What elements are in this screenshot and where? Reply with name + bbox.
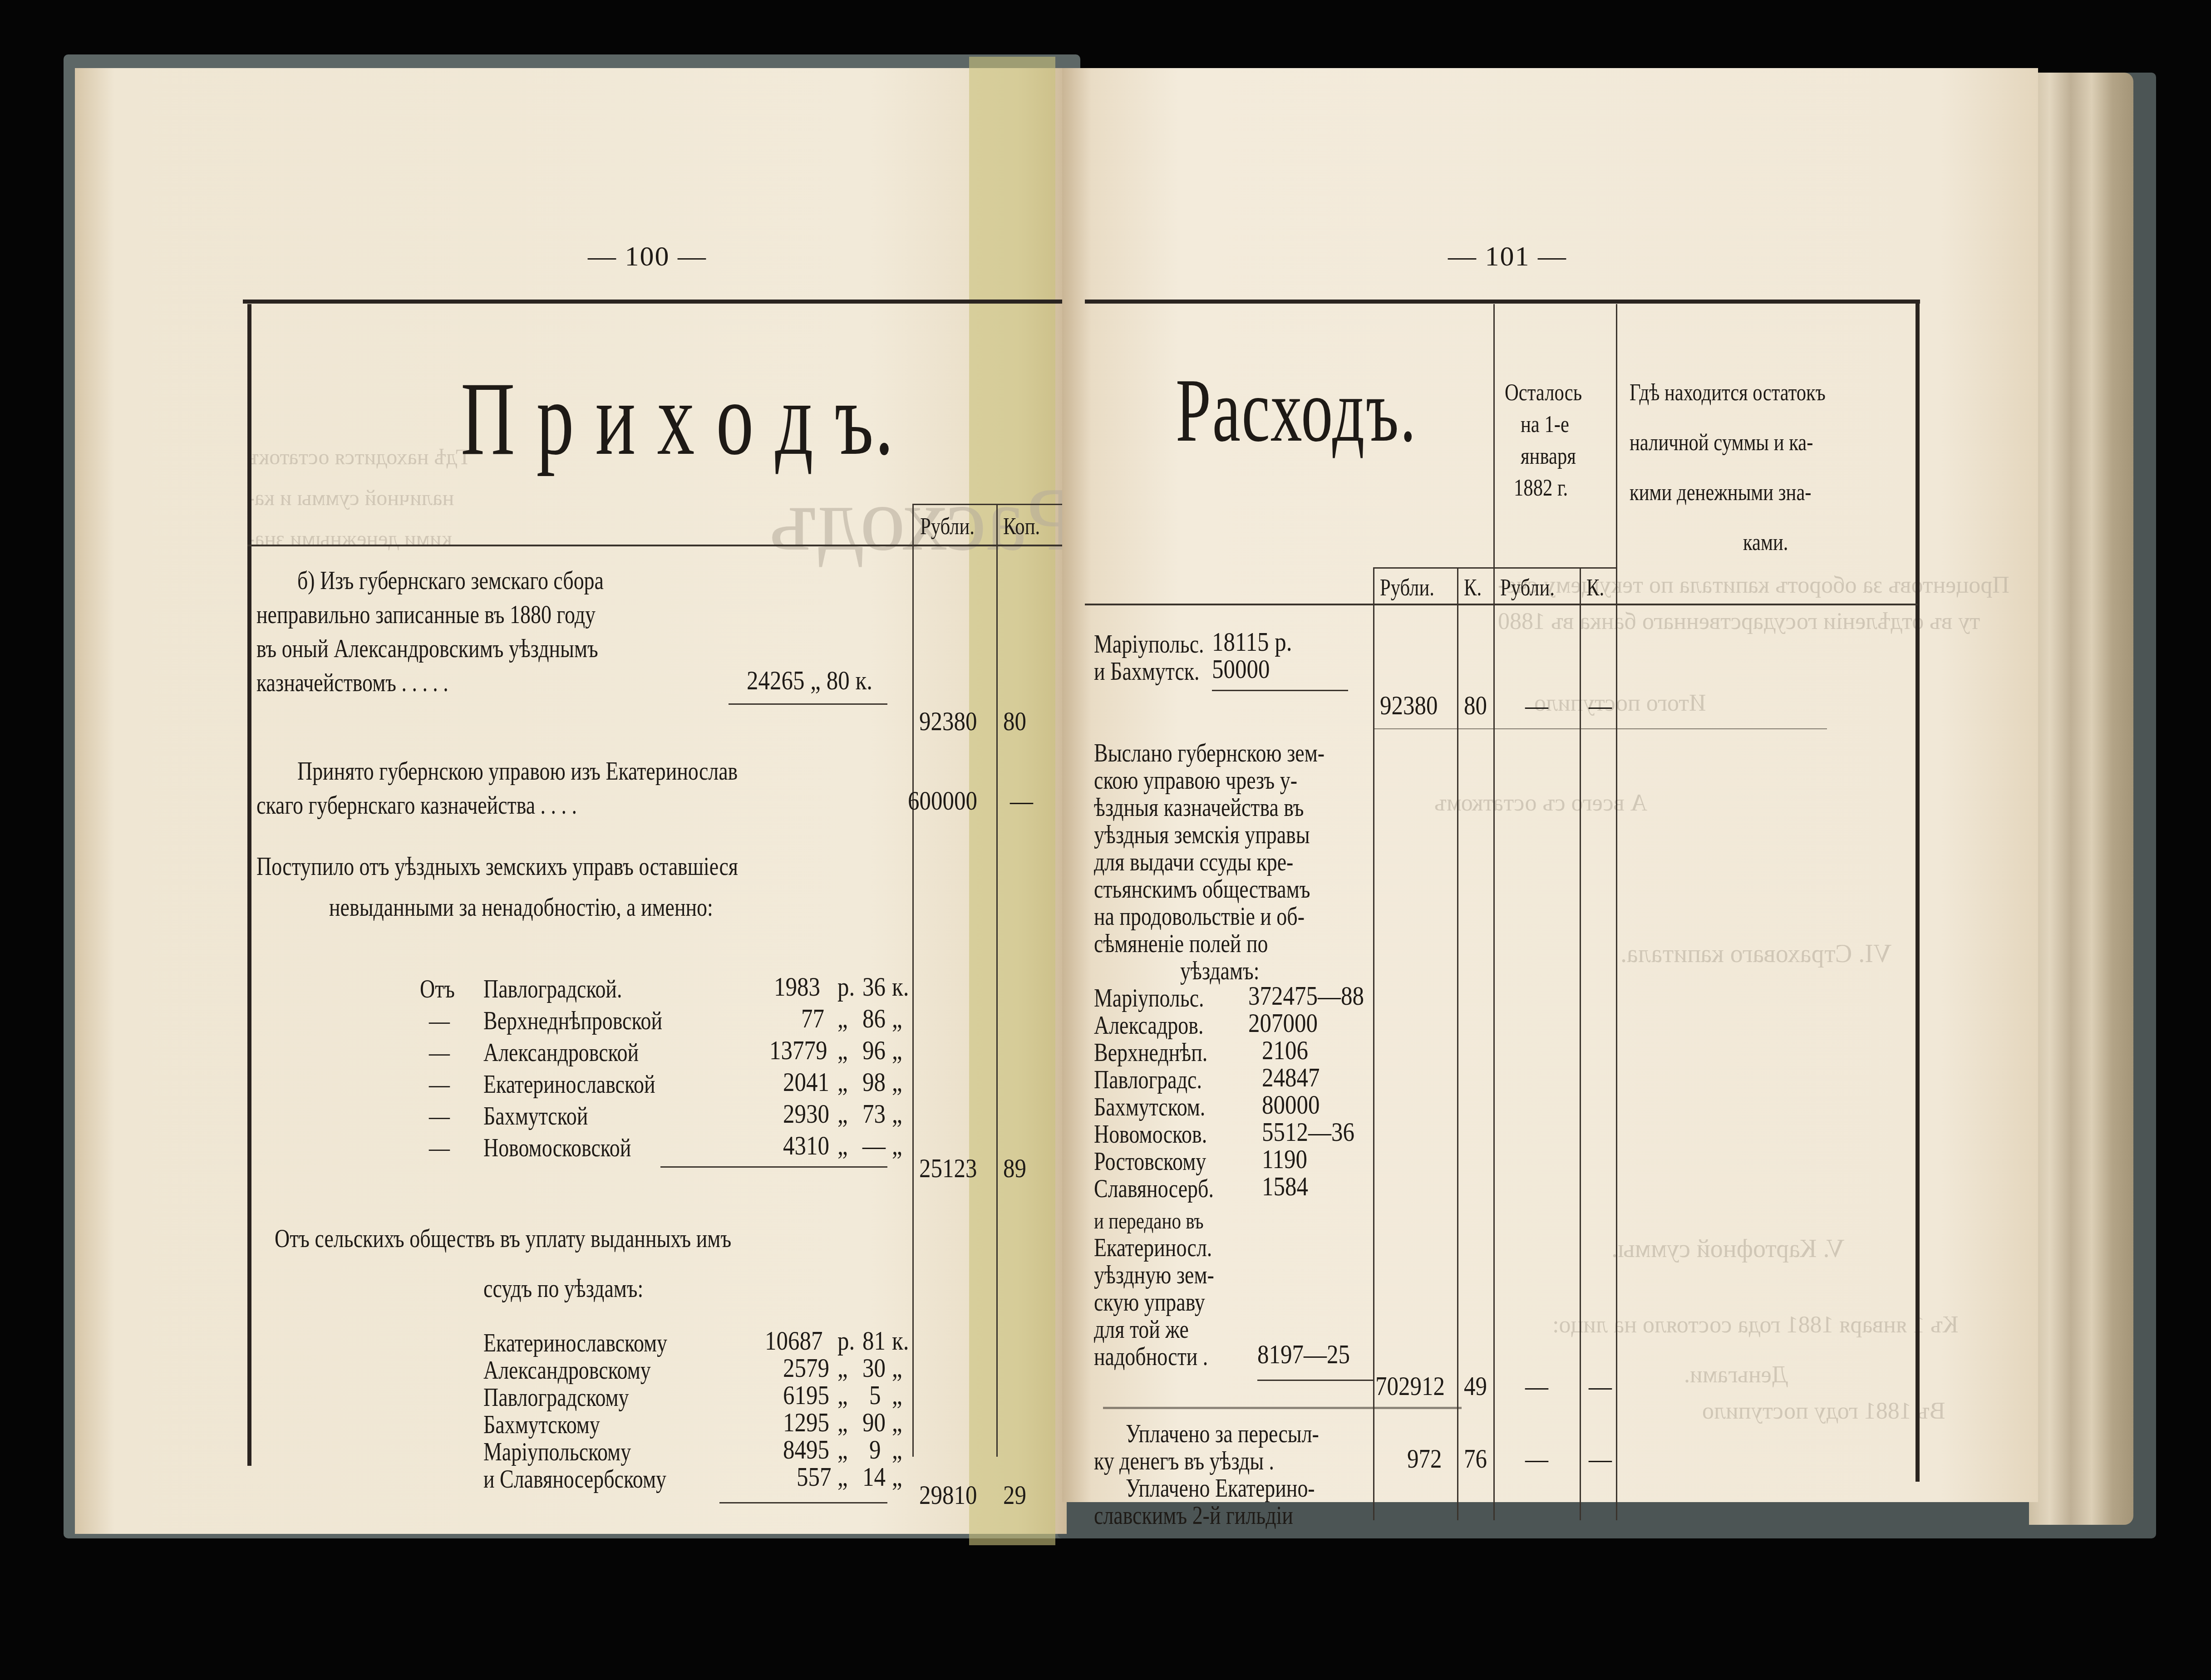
show-through-text: Итого поступило [1534,690,1706,717]
col-header-where: кими денежными зна- [1630,476,1812,509]
left-page: Гдѣ находится остатокъ наличной суммы и … [75,68,1067,1534]
total-rubles: 92380 [919,706,977,737]
item-unit: к. [892,971,909,1002]
item-kopecks: — [862,1130,886,1161]
item-unit: „ [837,1066,848,1098]
item-kopecks: 36 [862,971,886,1002]
col-header-kopecks: Коп. [1003,511,1040,543]
remaining-kopecks: — [1589,1443,1612,1474]
col-divider-rubles [1373,567,1374,1520]
item-amount: 372475—88 [1248,980,1364,1012]
item-rubles: 2041 [783,1066,829,1098]
col-header-where: наличной суммы и ка- [1630,427,1813,459]
item-label: Славяносерб. [1094,1171,1214,1207]
sum-rule [1212,690,1348,691]
item-amount: 207000 [1248,1007,1318,1039]
col-divider-where-body [1616,567,1617,1520]
line-amount: 50000 [1212,653,1270,685]
right-page: Процентовъ за оборотъ капитала по текуще… [1062,68,2038,1502]
col-header-where: ками. [1743,526,1788,559]
entry-text: славскимъ 2-й гильдіи [1094,1498,1293,1534]
show-through-text: Деньгами. [1684,1361,1788,1388]
item-unit: „ [892,1035,902,1066]
page-edges [2029,73,2133,1525]
col-header-where: Гдѣ находится остатокъ [1630,377,1826,409]
total-kopecks: 29 [1003,1479,1026,1511]
item-unit: „ [892,1407,902,1438]
item-unit: „ [837,1352,848,1384]
item-prefix: Отъ [420,971,455,1007]
item-unit: р. [837,971,855,1002]
item-unit: „ [837,1003,848,1034]
item-unit: „ [892,1003,902,1034]
line-amount: 18115 р. [1212,626,1292,658]
item-name: и Славяносербскому [483,1461,666,1498]
sum-rule [729,703,887,705]
item-name: Екатеринославской [483,1066,655,1103]
entry-text: скаго губернскаго казначейства . . . . [256,787,577,824]
show-through-text: наличной суммы и ка- [247,486,454,511]
item-rubles: 6195 [783,1380,829,1411]
table-top-rule [1085,300,1920,304]
total-rubles: 29810 [919,1479,977,1511]
table-right-border [1916,302,1920,1482]
sum-rule [1257,1380,1373,1381]
remaining-rubles: — [1525,690,1548,721]
item-unit: „ [892,1461,902,1493]
show-through-text: Къ 1 января 1881 года состояло на лицо: [1552,1312,1959,1338]
col-header-kopecks2: К. [1586,572,1604,604]
item-prefix: — [429,1066,450,1103]
item-unit: „ [892,1380,902,1411]
item-unit: „ [837,1461,848,1493]
item-kopecks: 5 [869,1380,881,1411]
col-divider-kopecks2 [1580,567,1581,1520]
entry-text: неправильно записанные въ 1880 году [256,597,596,633]
item-kopecks: 98 [862,1066,886,1098]
item-unit: „ [892,1098,902,1130]
remaining-kopecks: — [1589,690,1612,721]
item-prefix: — [429,1035,450,1071]
item-unit: „ [837,1098,848,1130]
item-kopecks: 96 [862,1035,886,1066]
item-kopecks: 81 [862,1325,886,1356]
item-unit: „ [892,1066,902,1098]
col-divider-where [1616,304,1617,604]
total-kopecks: 80 [1464,690,1487,721]
col-header-remaining: Осталось [1505,377,1582,409]
item-kopecks: 14 [862,1461,886,1493]
item-kopecks: 30 [862,1352,886,1384]
total-kopecks: 80 [1003,706,1026,737]
col-divider-kopecks [1457,567,1458,1520]
item-rubles: 4310 [783,1130,829,1161]
col-header-kopecks: К. [1464,572,1482,604]
entry-text: Принято губернскою управою изъ Екатерино… [297,753,738,790]
col-divider-rubles2 [1493,567,1495,1520]
section-rule [1103,1407,1462,1409]
total-rubles: 25123 [919,1153,977,1184]
show-through-text: VI. Страховаго капитала. [1620,939,1891,968]
section-title-expense: Расходъ. [1176,359,1417,462]
item-amount: 1190 [1262,1144,1307,1175]
item-unit: „ [892,1434,902,1465]
show-through-text: кими денежными зна- [247,526,452,551]
col-header-rubles: Рубли. [920,511,975,543]
item-amount: 80000 [1262,1089,1320,1120]
item-unit: „ [837,1434,848,1465]
col-header-rubles: Рубли. [1380,572,1434,604]
item-name: Бахмутской [483,1098,588,1135]
entry-text: въ оный Александровскимъ уѣзднымъ [256,631,598,667]
remaining-kopecks: — [1589,1371,1612,1402]
show-through-text: Въ 1881 году поступило [1702,1398,1945,1425]
item-unit: „ [837,1380,848,1411]
entry-text: б) Изъ губернскаго земскаго сбора [297,563,604,599]
item-rubles: 1295 [783,1407,829,1438]
subheader-rule [912,504,1067,505]
entry-text: Поступило отъ уѣздныхъ земскихъ управъ о… [256,849,738,885]
col-header-remaining: на 1-е [1521,408,1569,441]
item-unit: „ [892,1352,902,1384]
item-kopecks: 9 [869,1434,881,1465]
item-rubles: 1983 [774,971,820,1002]
item-amount: 1584 [1262,1171,1308,1202]
item-kopecks: 86 [862,1003,886,1034]
item-unit: „ [837,1130,848,1161]
show-through-text: А всего съ остаткомъ [1434,790,1647,816]
item-kopecks: 90 [862,1407,886,1438]
entry-text: ссудъ по уѣздамъ: [483,1271,643,1307]
inline-amount: 24265 „ 80 к. [747,665,872,696]
item-name: Новомосковской [483,1130,631,1166]
item-name: Верхнеднѣпровской [483,1003,662,1039]
item-amount: 24847 [1262,1062,1320,1093]
item-rubles: 77 [801,1003,824,1034]
item-rubles: 2930 [783,1098,829,1130]
total-rubles: 92380 [1380,690,1438,721]
col-header-remaining: 1882 г. [1514,472,1568,505]
total-rubles: 600000 [908,785,977,816]
item-unit: „ [892,1130,902,1161]
item-kopecks: 73 [862,1098,886,1130]
tail-amount: 8197—25 [1257,1339,1350,1370]
item-prefix: — [429,1003,450,1039]
item-name: Александровской [483,1035,639,1071]
item-prefix: — [429,1130,450,1166]
total-kopecks: 76 [1464,1443,1487,1474]
entry-text: Отъ сельскихъ обществъ въ уплату выданны… [275,1221,731,1257]
subheader-rule [1373,567,1616,569]
item-rubles: 10687 [765,1325,823,1356]
sum-rule [660,1166,887,1168]
item-amount: 2106 [1262,1035,1308,1066]
item-unit: к. [892,1325,909,1356]
item-rubles: 13779 [769,1035,827,1066]
page-number: — 100 — [588,241,707,273]
total-kopecks: — [1010,785,1033,816]
item-rubles: 8495 [783,1434,829,1465]
item-rubles: 2579 [783,1352,829,1384]
item-name: Павлоградской. [483,971,622,1007]
col-header-rubles2: Рубли. [1500,572,1555,604]
item-amount: 5512—36 [1262,1116,1354,1148]
page-number: — 101 — [1448,241,1567,273]
section-title-income: П р и х о д ъ. [461,359,895,479]
remaining-rubles: — [1525,1443,1548,1474]
item-unit: „ [837,1407,848,1438]
row-rule [1373,728,1827,729]
item-rubles: 557 [797,1461,832,1493]
entry-text: надобности . [1094,1339,1208,1375]
item-unit: „ [837,1035,848,1066]
col-divider-remaining [1493,304,1495,604]
remaining-rubles: — [1525,1371,1548,1402]
show-through-text: ту въ отдѣленіи государственнаго банка в… [1498,608,1980,635]
col-divider-rubles [912,504,914,1457]
show-through-text: Процентовъ за оборотъ капитала по текуще… [1498,572,2009,599]
line-label: и Бахмутск. [1094,653,1200,690]
show-through-text: V. Картофной суммы. [1611,1234,1845,1263]
table-top-rule [243,300,1067,304]
sum-rule [719,1502,887,1503]
entry-text: невыданными за ненадобностію, а именно: [329,889,713,926]
show-through-text: Гдѣ находится остатокъ [247,445,468,470]
item-unit: р. [837,1325,855,1356]
entry-text: казначействомъ . . . . . [256,665,448,701]
total-rubles: 972 [1407,1443,1442,1474]
item-prefix: — [429,1098,450,1135]
total-rubles: 702912 [1375,1371,1445,1402]
total-kopecks: 49 [1464,1371,1487,1402]
table-left-border [247,304,251,1466]
total-kopecks: 89 [1003,1153,1026,1184]
header-bottom-rule [247,545,1067,546]
col-header-remaining: января [1521,440,1576,473]
col-divider-kopecks [996,504,998,1457]
